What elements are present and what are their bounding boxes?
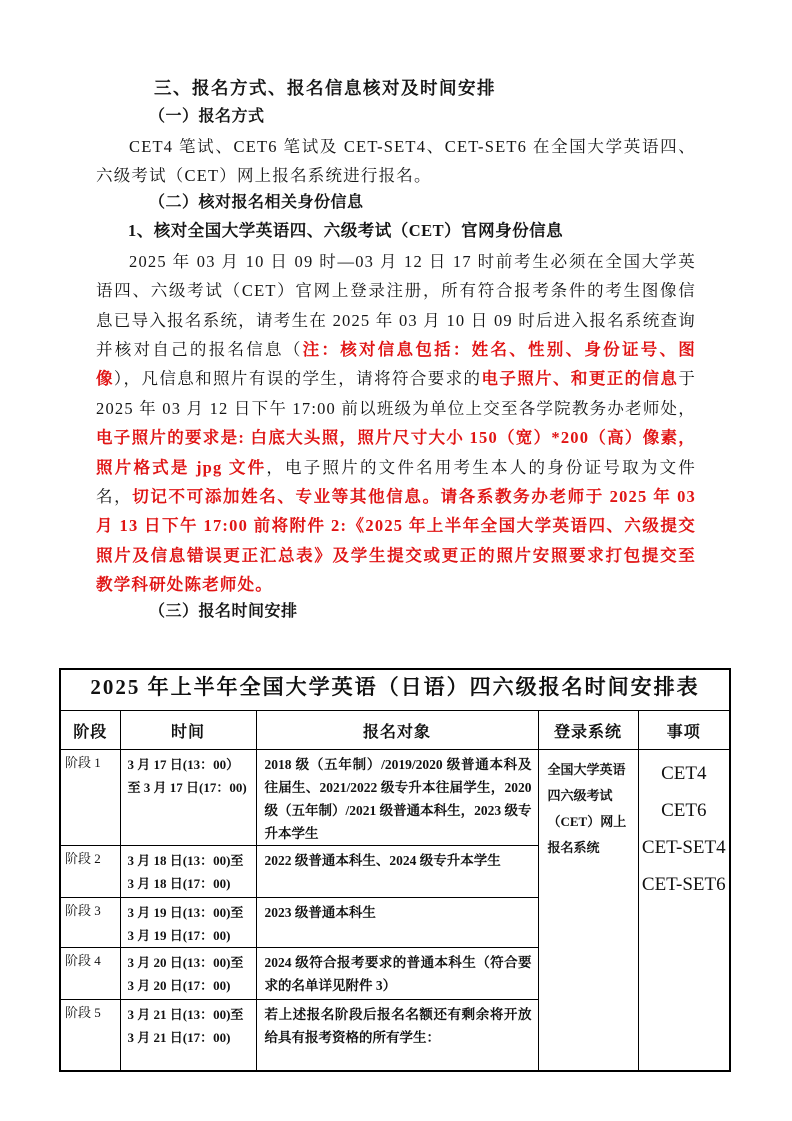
time-cell: 3 月 18 日(13：00)至 3 月 18 日(17：00) bbox=[120, 846, 256, 898]
red-emphasis-text: 切记不可添加姓名、专业等其他信息。请各系教务办老师于 2025 年 03 月 1… bbox=[96, 487, 696, 594]
stage-cell: 阶段 2 bbox=[60, 846, 120, 898]
exam-items-cell: CET4CET6CET-SET4CET-SET6 bbox=[638, 750, 730, 1072]
numbered-heading-1: 1、核对全国大学英语四、六级考试（CET）官网身份信息 bbox=[128, 220, 696, 241]
target-cell: 若上述报名阶段后报名名额还有剩余将开放给具有报考资格的所有学生： bbox=[256, 1000, 538, 1072]
time-cell: 3 月 20 日(13：00)至 3 月 20 日(17：00) bbox=[120, 948, 256, 1000]
header-items: 事项 bbox=[638, 711, 730, 750]
login-system-cell: 全国大学英语四六级考试（CET）网上报名系统 bbox=[538, 750, 638, 1072]
time-cell: 3 月 19 日(13：00)至 3 月 19 日(17：00) bbox=[120, 898, 256, 948]
section-heading: 三、报名方式、报名信息核对及时间安排 bbox=[154, 78, 696, 99]
table-header-row: 阶段 时间 报名对象 登录系统 事项 bbox=[60, 711, 730, 750]
schedule-table-body: 阶段 13 月 17 日(13：00） 至 3 月 17 日(17：00)201… bbox=[60, 750, 730, 1072]
schedule-table-head: 2025 年上半年全国大学英语（日语）四六级报名时间安排表 阶段 时间 报名对象… bbox=[60, 669, 730, 750]
header-stage: 阶段 bbox=[60, 711, 120, 750]
red-emphasis-text: 电子照片、和更正的信息 bbox=[481, 369, 678, 388]
stage-cell: 阶段 1 bbox=[60, 750, 120, 846]
subsection-heading-3: （三）报名时间安排 bbox=[149, 601, 696, 622]
stage-cell: 阶段 3 bbox=[60, 898, 120, 948]
body-text: ），凡信息和照片有误的学生，请将符合要求的 bbox=[114, 369, 482, 388]
header-time: 时间 bbox=[120, 711, 256, 750]
document-page: 三、报名方式、报名信息核对及时间安排 （一）报名方式 CET4 笔试、CET6 … bbox=[0, 0, 792, 1121]
exam-item: CET6 bbox=[640, 792, 729, 829]
text-column: 三、报名方式、报名信息核对及时间安排 （一）报名方式 CET4 笔试、CET6 … bbox=[96, 70, 696, 622]
stage-cell: 阶段 5 bbox=[60, 1000, 120, 1072]
header-target: 报名对象 bbox=[256, 711, 538, 750]
exam-item: CET-SET6 bbox=[640, 866, 729, 903]
stage-cell: 阶段 4 bbox=[60, 948, 120, 1000]
table-title-row: 2025 年上半年全国大学英语（日语）四六级报名时间安排表 bbox=[60, 669, 730, 711]
subsection-heading-2: （二）核对报名相关身份信息 bbox=[149, 192, 696, 213]
exam-item: CET-SET4 bbox=[640, 829, 729, 866]
target-cell: 2018 级（五年制）/2019/2020 级普通本科及往届生、2021/202… bbox=[256, 750, 538, 846]
target-cell: 2024 级符合报考要求的普通本科生（符合要求的名单详见附件 3） bbox=[256, 948, 538, 1000]
time-cell: 3 月 21 日(13：00)至 3 月 21 日(17：00) bbox=[120, 1000, 256, 1072]
verify-paragraph: 2025 年 03 月 10 日 09 时—03 月 12 日 17 时前考生必… bbox=[96, 247, 696, 600]
target-cell: 2022 级普通本科生、2024 级专升本学生 bbox=[256, 846, 538, 898]
target-cell: 2023 级普通本科生 bbox=[256, 898, 538, 948]
table-title: 2025 年上半年全国大学英语（日语）四六级报名时间安排表 bbox=[60, 669, 730, 711]
registration-method-paragraph: CET4 笔试、CET6 笔试及 CET-SET4、CET-SET6 在全国大学… bbox=[96, 132, 696, 191]
header-login-system: 登录系统 bbox=[538, 711, 638, 750]
schedule-table: 2025 年上半年全国大学英语（日语）四六级报名时间安排表 阶段 时间 报名对象… bbox=[59, 668, 731, 1072]
subsection-heading-1: （一）报名方式 bbox=[149, 106, 696, 127]
time-cell: 3 月 17 日(13：00） 至 3 月 17 日(17：00) bbox=[120, 750, 256, 846]
exam-item: CET4 bbox=[640, 755, 729, 792]
table-row: 阶段 13 月 17 日(13：00） 至 3 月 17 日(17：00)201… bbox=[60, 750, 730, 846]
